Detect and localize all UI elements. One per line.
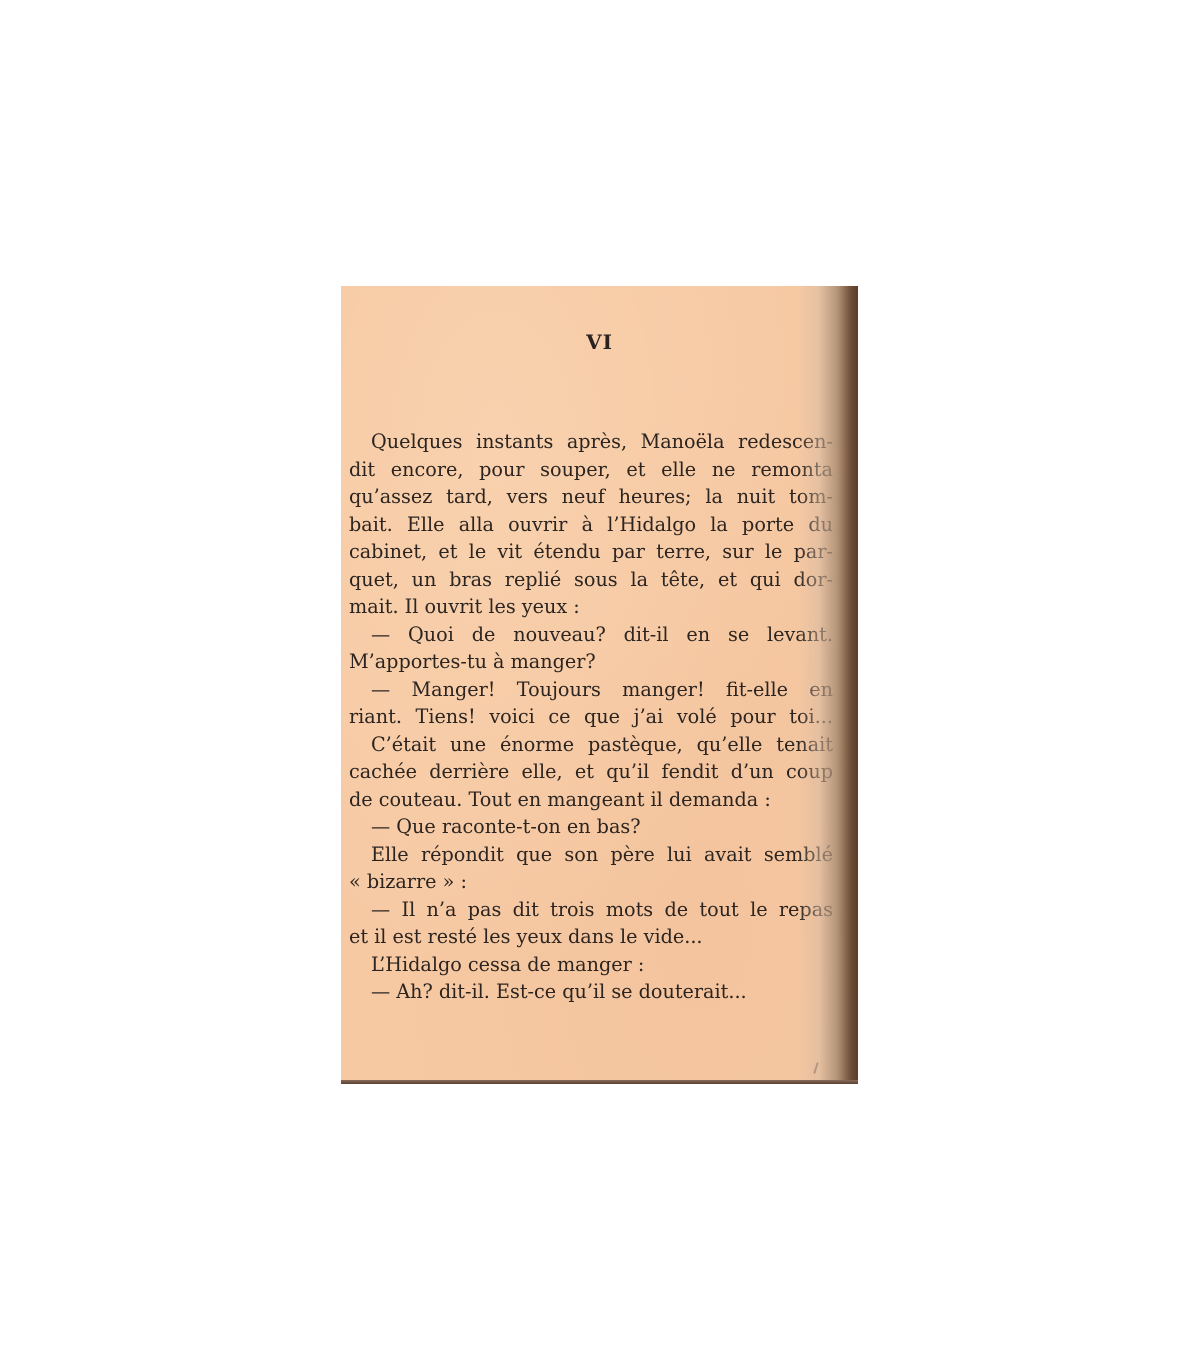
text-line: — Quoi de nouveau? dit-il en se levant. bbox=[349, 621, 833, 649]
text-line: — Manger! Toujours manger! fit-elle en bbox=[349, 676, 833, 704]
text-line: cachée derrière elle, et qu’il fendit d’… bbox=[349, 758, 833, 786]
text-line: quet, un bras replié sous la tête, et qu… bbox=[349, 566, 833, 594]
text-line: de couteau. Tout en mangeant il demanda … bbox=[349, 786, 833, 814]
page-text-block: Quelques instants après, Manoëla redesce… bbox=[349, 428, 833, 1006]
paper-scratch-mark bbox=[813, 1062, 819, 1074]
text-line: et il est resté les yeux dans le vide... bbox=[349, 923, 833, 951]
text-line: — Ah? dit-il. Est-ce qu’il se douterait.… bbox=[349, 978, 833, 1006]
text-line: — Que raconte-t-on en bas? bbox=[349, 813, 833, 841]
page-bottom-edge bbox=[341, 1080, 858, 1084]
text-line: dit encore, pour souper, et elle ne remo… bbox=[349, 456, 833, 484]
text-line: cabinet, et le vit étendu par terre, sur… bbox=[349, 538, 833, 566]
text-line: C’était une énorme pastèque, qu’elle ten… bbox=[349, 731, 833, 759]
text-line: « bizarre » : bbox=[349, 868, 833, 896]
text-line: mait. Il ouvrit les yeux : bbox=[349, 593, 833, 621]
text-line: qu’assez tard, vers neuf heures; la nuit… bbox=[349, 483, 833, 511]
text-line: M’apportes-tu à manger? bbox=[349, 648, 833, 676]
text-line: bait. Elle alla ouvrir à l’Hidalgo la po… bbox=[349, 511, 833, 539]
chapter-heading: VI bbox=[341, 330, 858, 354]
book-page: VI Quelques instants après, Manoëla rede… bbox=[341, 286, 858, 1084]
text-line: Quelques instants après, Manoëla redesce… bbox=[349, 428, 833, 456]
text-line: Elle répondit que son père lui avait sem… bbox=[349, 841, 833, 869]
text-line: riant. Tiens! voici ce que j’ai volé pou… bbox=[349, 703, 833, 731]
text-line: — Il n’a pas dit trois mots de tout le r… bbox=[349, 896, 833, 924]
text-line: L’Hidalgo cessa de manger : bbox=[349, 951, 833, 979]
